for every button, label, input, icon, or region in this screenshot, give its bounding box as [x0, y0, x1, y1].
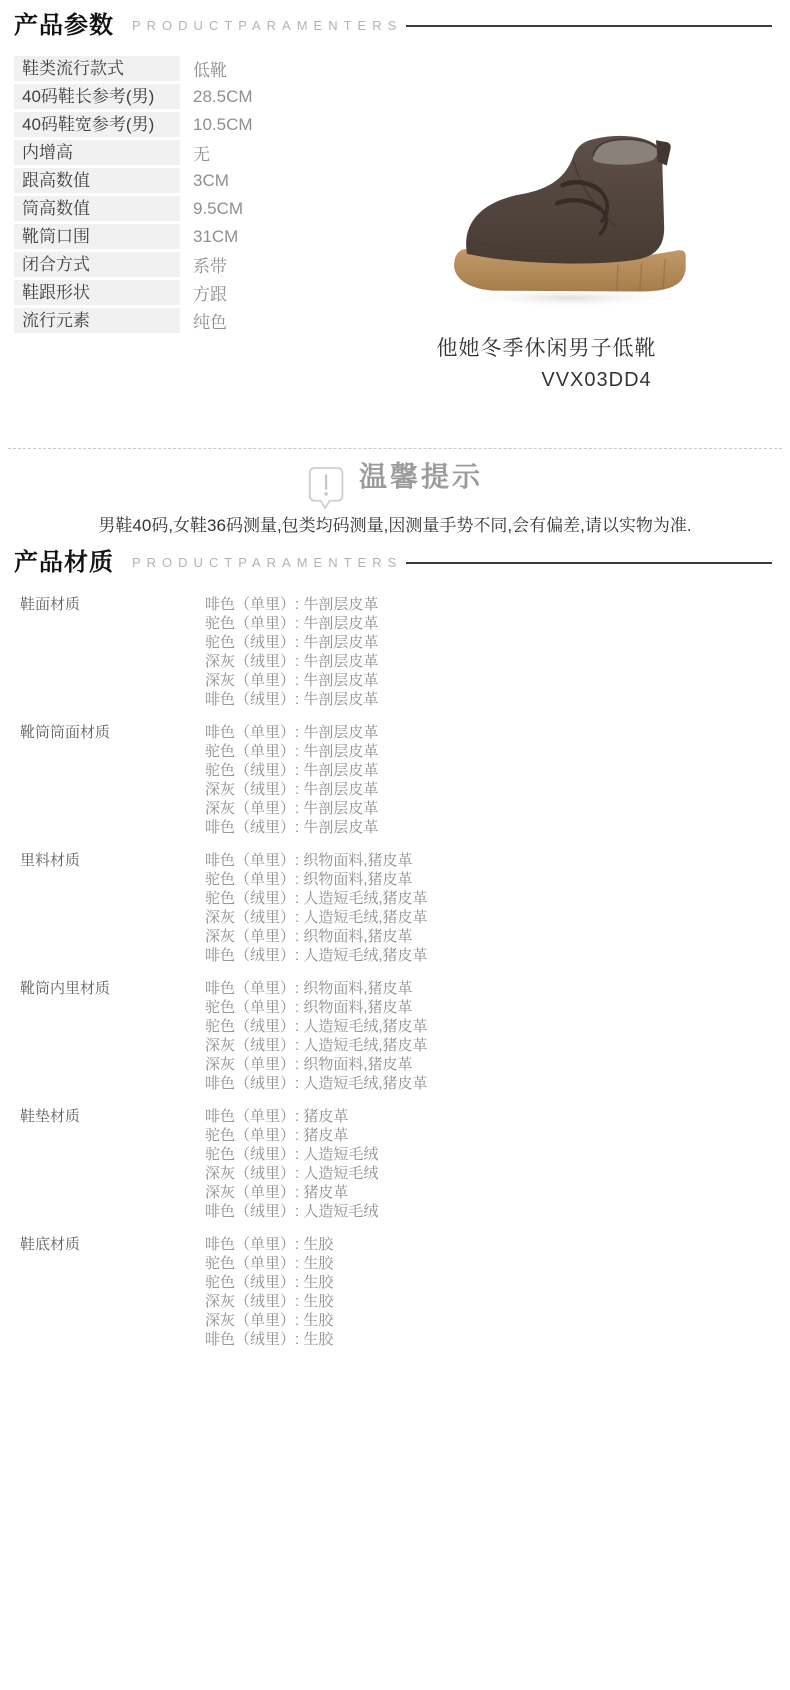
param-value: 纯色: [193, 308, 227, 333]
param-value: 系带: [193, 252, 227, 277]
tips-text: 男鞋40码,女鞋36码测量,包类均码测量,因测量手势不同,会有偏差,请以实物为准…: [10, 515, 780, 537]
tips-section: 温馨提示 男鞋40码,女鞋36码测量,包类均码测量,因测量手势不同,会有偏差,请…: [0, 455, 790, 537]
top-content: 鞋类流行款式 低靴 40码鞋长参考(男) 28.5CM 40码鞋宽参考(男) 1…: [0, 56, 790, 392]
material-values: 啡色（单里）: 牛剖层皮革驼色（单里）: 牛剖层皮革驼色（绒里）: 牛剖层皮革深…: [205, 723, 378, 837]
material-values: 啡色（单里）: 织物面料,猪皮革驼色（单里）: 织物面料,猪皮革驼色（绒里）: …: [205, 979, 428, 1093]
param-value: 低靴: [193, 56, 227, 81]
material-line: 啡色（绒里）: 牛剖层皮革: [205, 690, 378, 709]
material-label: 鞋垫材质: [20, 1107, 205, 1221]
material-line: 啡色（绒里）: 生胶: [205, 1330, 333, 1349]
material-line: 深灰（单里）: 织物面料,猪皮革: [205, 1055, 428, 1074]
param-label: 40码鞋长参考(男): [14, 84, 180, 109]
material-line: 深灰（单里）: 织物面料,猪皮革: [205, 927, 428, 946]
param-row: 跟高数值 3CM: [14, 168, 359, 193]
product-code: VVX03DD4: [541, 368, 651, 392]
product-name: 他她冬季休闲男子低靴: [437, 336, 657, 362]
header-rule: [406, 25, 772, 27]
material-line: 啡色（绒里）: 人造短毛绒,猪皮革: [205, 1074, 428, 1093]
param-row: 靴筒口围 31CM: [14, 224, 359, 249]
dashed-divider: [8, 448, 782, 449]
param-row: 鞋类流行款式 低靴: [14, 56, 359, 81]
param-row: 闭合方式 系带: [14, 252, 359, 277]
param-row: 流行元素 纯色: [14, 308, 359, 333]
material-line: 驼色（单里）: 牛剖层皮革: [205, 614, 378, 633]
section-subtitle-params: PRODUCTPARAMENTERS: [132, 12, 402, 40]
material-group: 靴筒筒面材质 啡色（单里）: 牛剖层皮革驼色（单里）: 牛剖层皮革驼色（绒里）:…: [20, 723, 790, 837]
param-row: 筒高数值 9.5CM: [14, 196, 359, 221]
material-values: 啡色（单里）: 猪皮革驼色（单里）: 猪皮革驼色（绒里）: 人造短毛绒深灰（绒里…: [205, 1107, 378, 1221]
material-line: 深灰（绒里）: 牛剖层皮革: [205, 780, 378, 799]
product-detail-page: 产品参数 PRODUCTPARAMENTERS 鞋类流行款式 低靴 40码鞋长参…: [0, 0, 790, 1690]
material-line: 啡色（绒里）: 牛剖层皮革: [205, 818, 378, 837]
material-line: 驼色（绒里）: 人造短毛绒,猪皮革: [205, 889, 428, 908]
param-value: 9.5CM: [193, 199, 243, 219]
tips-header: 温馨提示: [0, 455, 790, 511]
param-label: 流行元素: [14, 308, 180, 333]
material-group: 鞋面材质 啡色（单里）: 牛剖层皮革驼色（单里）: 牛剖层皮革驼色（绒里）: 牛…: [20, 595, 790, 709]
section-header-params: 产品参数 PRODUCTPARAMENTERS: [0, 0, 790, 40]
material-line: 啡色（单里）: 牛剖层皮革: [205, 723, 378, 742]
material-line: 驼色（单里）: 猪皮革: [205, 1126, 378, 1145]
material-values: 啡色（单里）: 织物面料,猪皮革驼色（单里）: 织物面料,猪皮革驼色（绒里）: …: [205, 851, 428, 965]
param-label: 内增高: [14, 140, 180, 165]
material-line: 驼色（绒里）: 人造短毛绒,猪皮革: [205, 1017, 428, 1036]
param-label: 鞋类流行款式: [14, 56, 180, 81]
material-line: 驼色（绒里）: 生胶: [205, 1273, 333, 1292]
section-subtitle-materials: PRODUCTPARAMENTERS: [132, 549, 402, 577]
param-row: 40码鞋宽参考(男) 10.5CM: [14, 112, 359, 137]
header-rule: [406, 562, 772, 564]
material-label: 鞋面材质: [20, 595, 205, 709]
section-title-materials: 产品材质: [14, 549, 114, 577]
param-label: 靴筒口围: [14, 224, 180, 249]
material-label: 靴筒筒面材质: [20, 723, 205, 837]
material-line: 深灰（绒里）: 牛剖层皮革: [205, 652, 378, 671]
material-line: 深灰（单里）: 猪皮革: [205, 1183, 378, 1202]
material-values: 啡色（单里）: 牛剖层皮革驼色（单里）: 牛剖层皮革驼色（绒里）: 牛剖层皮革深…: [205, 595, 378, 709]
param-value: 10.5CM: [193, 115, 253, 135]
material-line: 啡色（绒里）: 人造短毛绒: [205, 1202, 378, 1221]
material-line: 驼色（绒里）: 牛剖层皮革: [205, 633, 378, 652]
material-line: 深灰（绒里）: 生胶: [205, 1292, 333, 1311]
material-line: 啡色（单里）: 生胶: [205, 1235, 333, 1254]
material-line: 深灰（单里）: 牛剖层皮革: [205, 799, 378, 818]
material-group: 鞋底材质 啡色（单里）: 生胶驼色（单里）: 生胶驼色（绒里）: 生胶深灰（绒里…: [20, 1235, 790, 1349]
material-line: 驼色（单里）: 牛剖层皮革: [205, 742, 378, 761]
material-line: 深灰（绒里）: 人造短毛绒,猪皮革: [205, 908, 428, 927]
material-line: 深灰（单里）: 生胶: [205, 1311, 333, 1330]
material-line: 驼色（绒里）: 牛剖层皮革: [205, 761, 378, 780]
param-value: 3CM: [193, 171, 229, 191]
param-label: 40码鞋宽参考(男): [14, 112, 180, 137]
param-row: 40码鞋长参考(男) 28.5CM: [14, 84, 359, 109]
param-value: 31CM: [193, 227, 238, 247]
material-line: 啡色（单里）: 牛剖层皮革: [205, 595, 378, 614]
material-line: 驼色（单里）: 生胶: [205, 1254, 333, 1273]
material-group: 里料材质 啡色（单里）: 织物面料,猪皮革驼色（单里）: 织物面料,猪皮革驼色（…: [20, 851, 790, 965]
material-label: 里料材质: [20, 851, 205, 965]
param-row: 鞋跟形状 方跟: [14, 280, 359, 305]
material-line: 深灰（单里）: 牛剖层皮革: [205, 671, 378, 690]
material-line: 驼色（单里）: 织物面料,猪皮革: [205, 870, 428, 889]
material-line: 深灰（绒里）: 人造短毛绒,猪皮革: [205, 1036, 428, 1055]
param-value: 28.5CM: [193, 87, 253, 107]
material-values: 啡色（单里）: 生胶驼色（单里）: 生胶驼色（绒里）: 生胶深灰（绒里）: 生胶…: [205, 1235, 333, 1349]
boot-pull-tab: [656, 140, 671, 165]
material-line: 啡色（绒里）: 人造短毛绒,猪皮革: [205, 946, 428, 965]
materials-list: 鞋面材质 啡色（单里）: 牛剖层皮革驼色（单里）: 牛剖层皮革驼色（绒里）: 牛…: [0, 577, 790, 1349]
param-value: 无: [193, 140, 210, 165]
tips-title: 温馨提示: [359, 459, 483, 495]
material-label: 靴筒内里材质: [20, 979, 205, 1093]
params-table: 鞋类流行款式 低靴 40码鞋长参考(男) 28.5CM 40码鞋宽参考(男) 1…: [0, 56, 359, 392]
param-value: 方跟: [193, 280, 227, 305]
material-line: 驼色（绒里）: 人造短毛绒: [205, 1145, 378, 1164]
param-row: 内增高 无: [14, 140, 359, 165]
material-line: 深灰（绒里）: 人造短毛绒: [205, 1164, 378, 1183]
material-label: 鞋底材质: [20, 1235, 205, 1349]
material-line: 啡色（单里）: 织物面料,猪皮革: [205, 851, 428, 870]
exclamation-bubble-icon: [307, 465, 347, 511]
section-header-materials: 产品材质 PRODUCTPARAMENTERS: [0, 537, 790, 577]
material-line: 啡色（单里）: 织物面料,猪皮革: [205, 979, 428, 998]
param-label: 筒高数值: [14, 196, 180, 221]
param-label: 闭合方式: [14, 252, 180, 277]
product-showcase: 他她冬季休闲男子低靴 VVX03DD4: [359, 56, 790, 392]
material-line: 驼色（单里）: 织物面料,猪皮革: [205, 998, 428, 1017]
product-boot-image: [440, 120, 710, 310]
section-title-params: 产品参数: [14, 12, 114, 40]
param-label: 鞋跟形状: [14, 280, 180, 305]
material-line: 啡色（单里）: 猪皮革: [205, 1107, 378, 1126]
param-label: 跟高数值: [14, 168, 180, 193]
material-group: 鞋垫材质 啡色（单里）: 猪皮革驼色（单里）: 猪皮革驼色（绒里）: 人造短毛绒…: [20, 1107, 790, 1221]
material-group: 靴筒内里材质 啡色（单里）: 织物面料,猪皮革驼色（单里）: 织物面料,猪皮革驼…: [20, 979, 790, 1093]
